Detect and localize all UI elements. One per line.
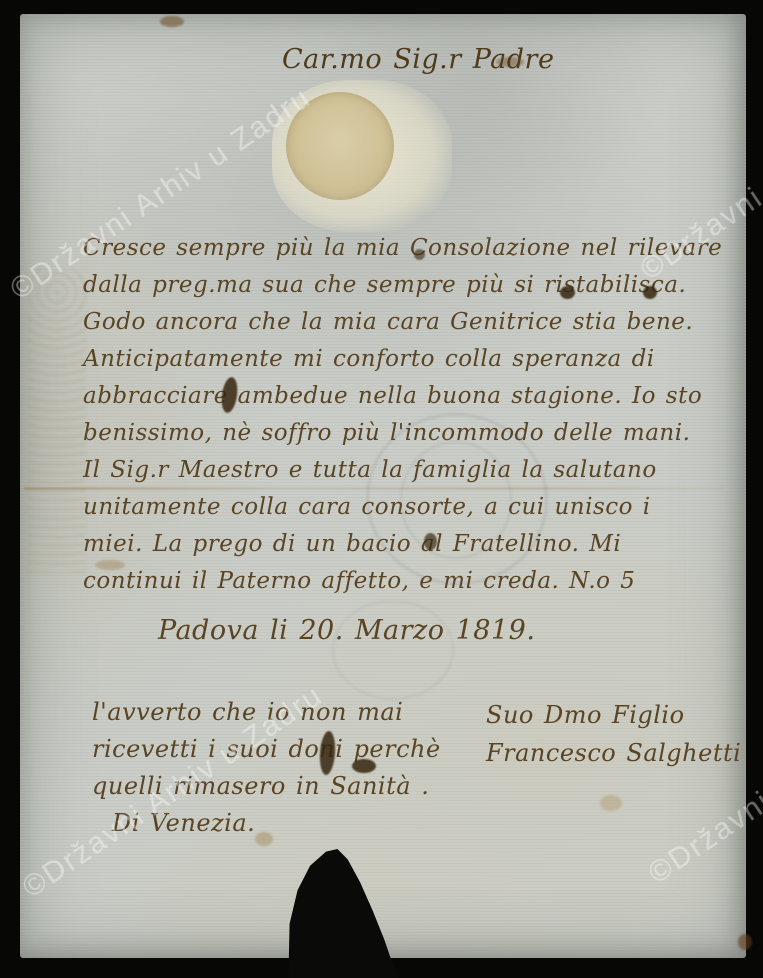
postscript-line: quelli rimasero in Sanità . — [92, 768, 441, 805]
letter-line: Anticipatamente mi conforto colla speran… — [83, 341, 722, 378]
dateline: Padova li 20. Marzo 1819. — [158, 615, 535, 646]
letter-line: Il Sig.r Maestro e tutta la famiglia la … — [83, 452, 722, 489]
signature-line: Suo Dmo Figlio — [486, 696, 741, 734]
letter-line: dalla preg.ma sua che sempre più si rist… — [83, 267, 722, 304]
letter-line: unitamente colla cara consorte, a cui un… — [83, 489, 722, 526]
letter-text: Car.mo Sig.r Padre Cresce sempre più la … — [0, 0, 763, 978]
signature-line: Francesco Salghetti — [486, 734, 741, 772]
postscript: l'avverto che io non mai ricevetti i suo… — [92, 694, 441, 842]
letter-line: continui il Paterno affetto, e mi creda.… — [83, 563, 722, 600]
scan-frame: Car.mo Sig.r Padre Cresce sempre più la … — [0, 0, 763, 978]
salutation: Car.mo Sig.r Padre — [282, 44, 554, 75]
signature-block: Suo Dmo Figlio Francesco Salghetti — [486, 696, 741, 772]
letter-body: Cresce sempre più la mia Consolazione ne… — [83, 230, 722, 600]
letter-line: Godo ancora che la mia cara Genitrice st… — [83, 304, 722, 341]
ink-blot — [643, 286, 657, 299]
letter-line: benissimo, nè soffro più l'incommodo del… — [83, 415, 722, 452]
postscript-line: Di Venezia. — [92, 805, 441, 842]
ink-blot — [560, 286, 575, 299]
letter-line: abbracciare ambedue nella buona stagione… — [83, 378, 722, 415]
ink-blot — [352, 759, 376, 773]
ink-blot — [424, 533, 437, 550]
letter-line: miei. La prego di un bacio al Fratellino… — [83, 526, 722, 563]
ink-blot — [414, 249, 425, 260]
postscript-line: l'avverto che io non mai — [92, 694, 441, 731]
postscript-line: ricevetti i suoi doni perchè — [92, 731, 441, 768]
letter-line: Cresce sempre più la mia Consolazione ne… — [83, 230, 722, 267]
